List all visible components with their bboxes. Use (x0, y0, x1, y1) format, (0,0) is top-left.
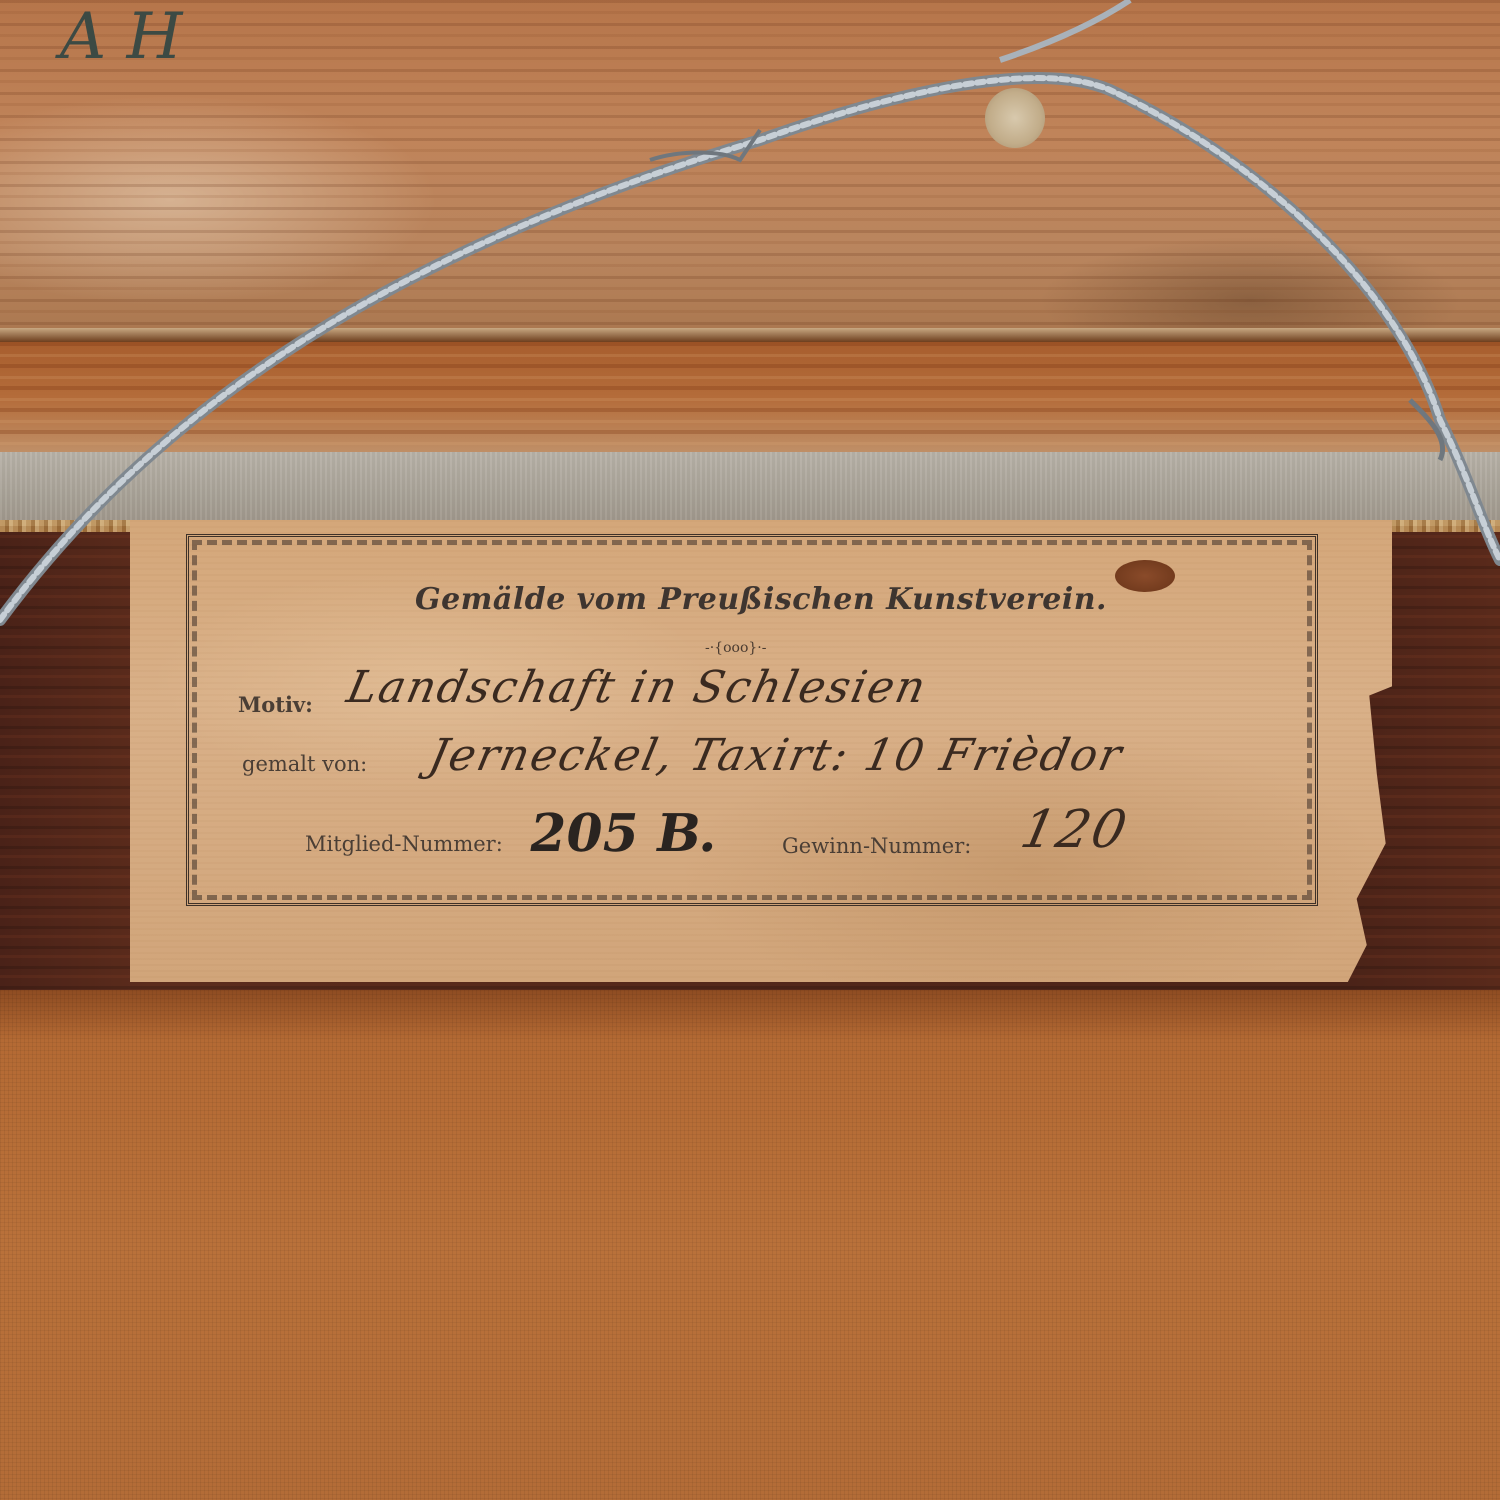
label-title: Gemälde vom Preußischen Kunstverein. (130, 582, 1392, 617)
mitglied-nummer-value: 205 B. (525, 803, 724, 864)
gemalt-von-value: Jerneckel, Taxirt: 10 Frièdor (425, 730, 1128, 781)
ornament: -·{ooo}·- (705, 640, 766, 656)
gemalt-von-label: gemalt von: (242, 752, 367, 776)
mitglied-nummer-label: Mitglied-Nummer: (305, 832, 503, 856)
gewinn-nummer-value: 120 (1016, 800, 1134, 860)
gewinn-nummer-label: Gewinn-Nummer: (782, 834, 971, 858)
pencil-inscription: A H (60, 0, 182, 74)
board-edge (0, 328, 1500, 342)
stretcher-board-top (0, 0, 1500, 340)
canvas-back (0, 990, 1500, 1500)
exhibition-label: Gemälde vom Preußischen Kunstverein. -·{… (130, 520, 1392, 982)
frame-strip (0, 342, 1500, 454)
grey-tape-strip (0, 452, 1500, 526)
wood-knot (985, 88, 1045, 148)
motiv-value: Landschaft in Schlesien (343, 662, 932, 713)
motiv-label: Motiv: (238, 692, 313, 717)
